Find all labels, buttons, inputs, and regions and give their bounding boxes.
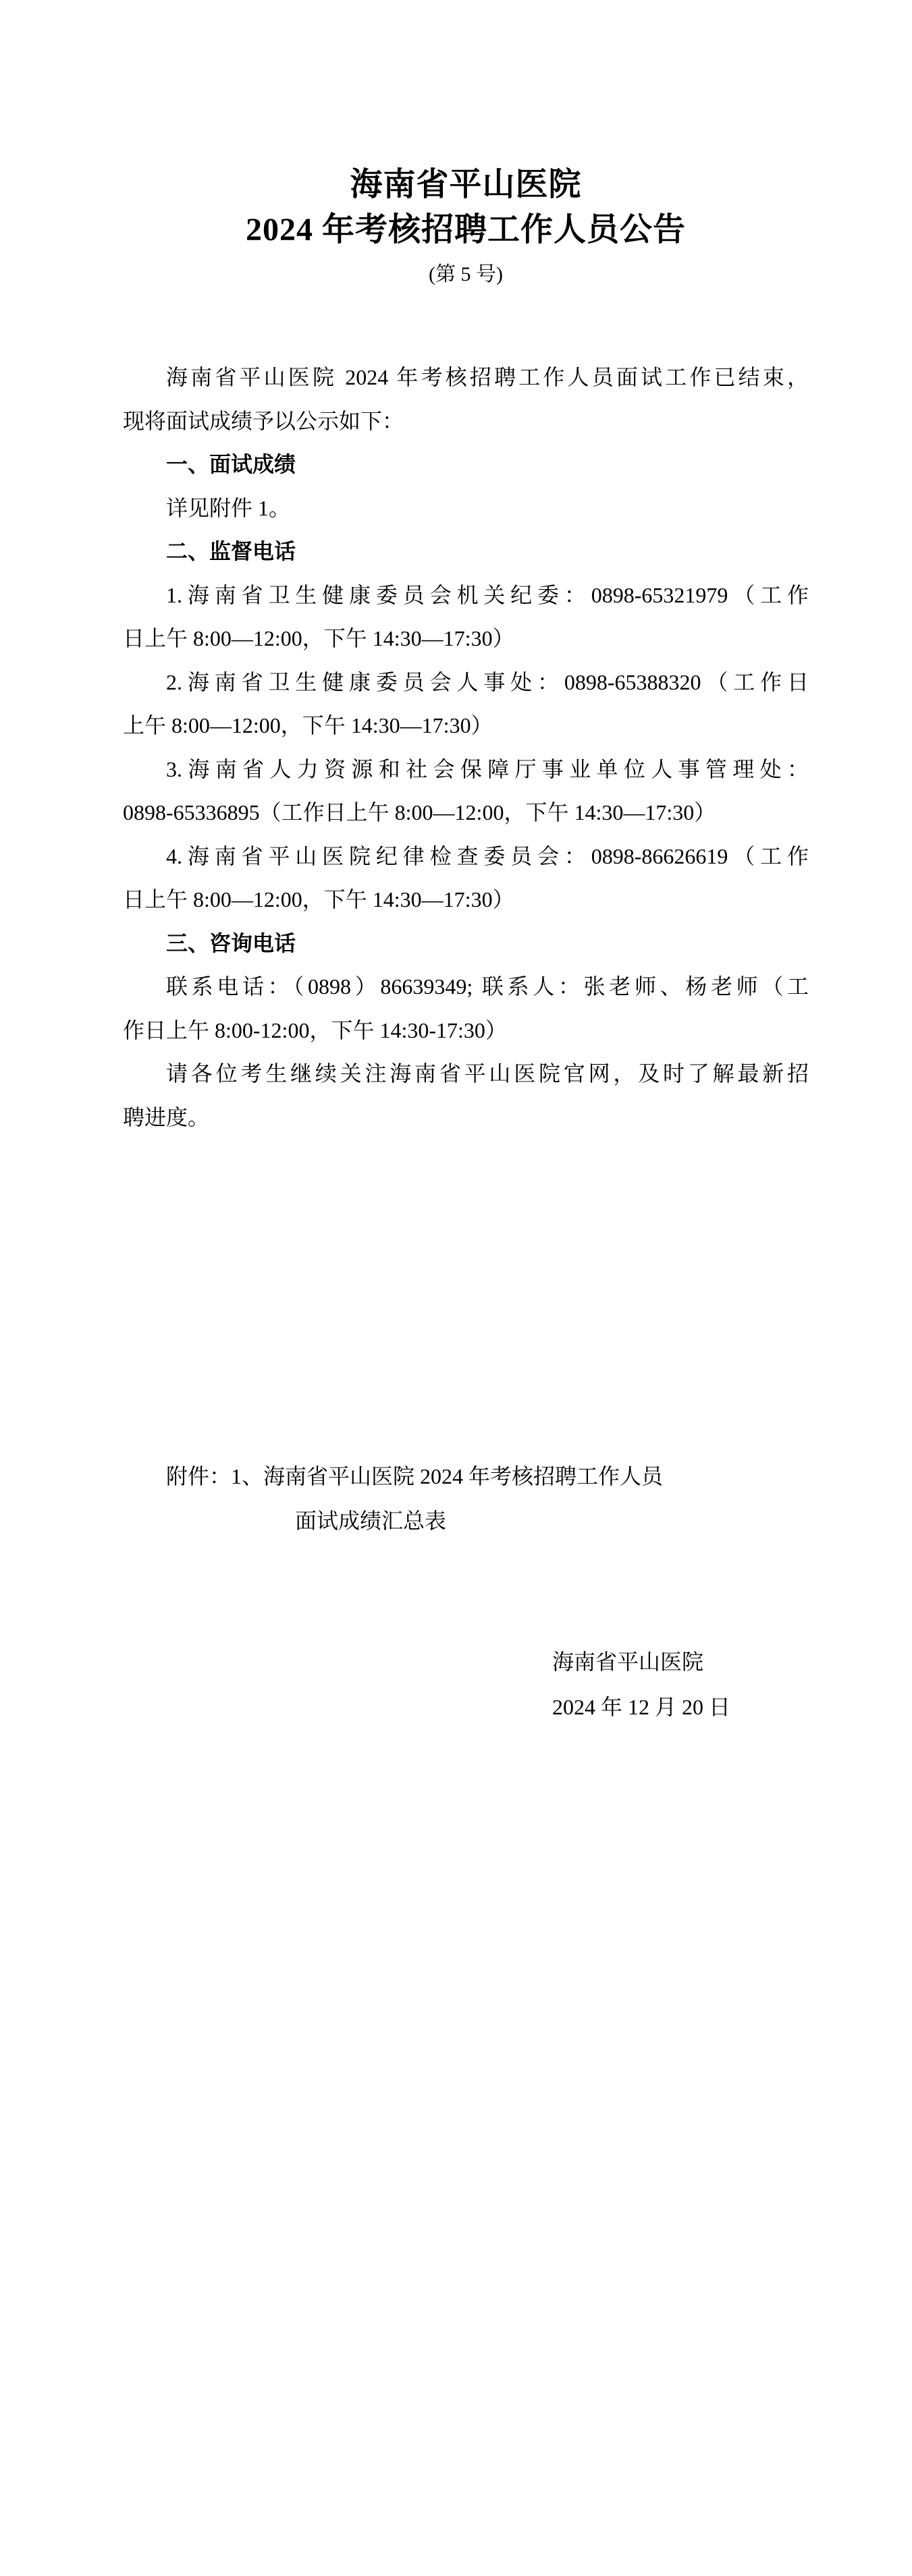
body-line: 3.海南省人力资源和社会保障厅事业单位人事管理处： <box>123 748 809 791</box>
attachment-section: 附件：1、海南省平山医院 2024 年考核招聘工作人员面试成绩汇总表 <box>123 1454 809 1543</box>
body-line: 作日上午 8:00-12:00，下午 14:30-17:30） <box>123 1009 809 1053</box>
body-line: 详见附件 1。 <box>123 486 809 530</box>
announcement-page: 海南省平山医院 2024 年考核招聘工作人员公告 (第 5 号) 海南省平山医院… <box>0 0 912 2576</box>
document-body: 海南省平山医院 2024 年考核招聘工作人员面试工作已结束，现将面试成绩予以公示… <box>123 356 809 1139</box>
body-line: 2.海南省卫生健康委员会人事处：0898-65388320（工作日 <box>123 661 809 704</box>
body-line: 现将面试成绩予以公示如下： <box>123 399 809 443</box>
body-line: 日上午 8:00—12:00，下午 14:30—17:30） <box>123 617 809 661</box>
body-line: 请各位考生继续关注海南省平山医院官网，及时了解最新招 <box>123 1052 809 1096</box>
document-title: 海南省平山医院 2024 年考核招聘工作人员公告 <box>123 162 809 252</box>
body-line: 日上午 8:00—12:00，下午 14:30—17:30） <box>123 878 809 922</box>
body-line: 联系电话：（0898）86639349; 联系人：张老师、杨老师（工 <box>123 965 809 1009</box>
body-line: 上午 8:00—12:00，下午 14:30—17:30） <box>123 704 809 748</box>
body-line: 聘进度。 <box>123 1096 809 1140</box>
body-line: 0898-65336895（工作日上午 8:00—12:00，下午 14:30—… <box>123 791 809 835</box>
attachment-line: 附件：1、海南省平山医院 2024 年考核招聘工作人员 <box>123 1454 809 1499</box>
document-title-line1: 海南省平山医院 <box>123 162 809 207</box>
signature-date: 2024 年 12 月 20 日 <box>552 1685 730 1730</box>
body-line: 三、咨询电话 <box>123 922 809 965</box>
body-line: 1.海南省卫生健康委员会机关纪委：0898-65321979（工作 <box>123 573 809 617</box>
body-line: 4.海南省平山医院纪律检查委员会：0898-86626619（工作 <box>123 835 809 878</box>
signature-block: 海南省平山医院 2024 年 12 月 20 日 <box>552 1640 730 1730</box>
issue-number: (第 5 号) <box>123 261 809 288</box>
attachment-line: 面试成绩汇总表 <box>295 1499 809 1543</box>
signature-org: 海南省平山医院 <box>552 1640 730 1685</box>
body-line: 一、面试成绩 <box>123 443 809 486</box>
body-line: 海南省平山医院 2024 年考核招聘工作人员面试工作已结束， <box>123 356 809 399</box>
document-title-line2: 2024 年考核招聘工作人员公告 <box>123 207 809 252</box>
body-line: 二、监督电话 <box>123 530 809 573</box>
